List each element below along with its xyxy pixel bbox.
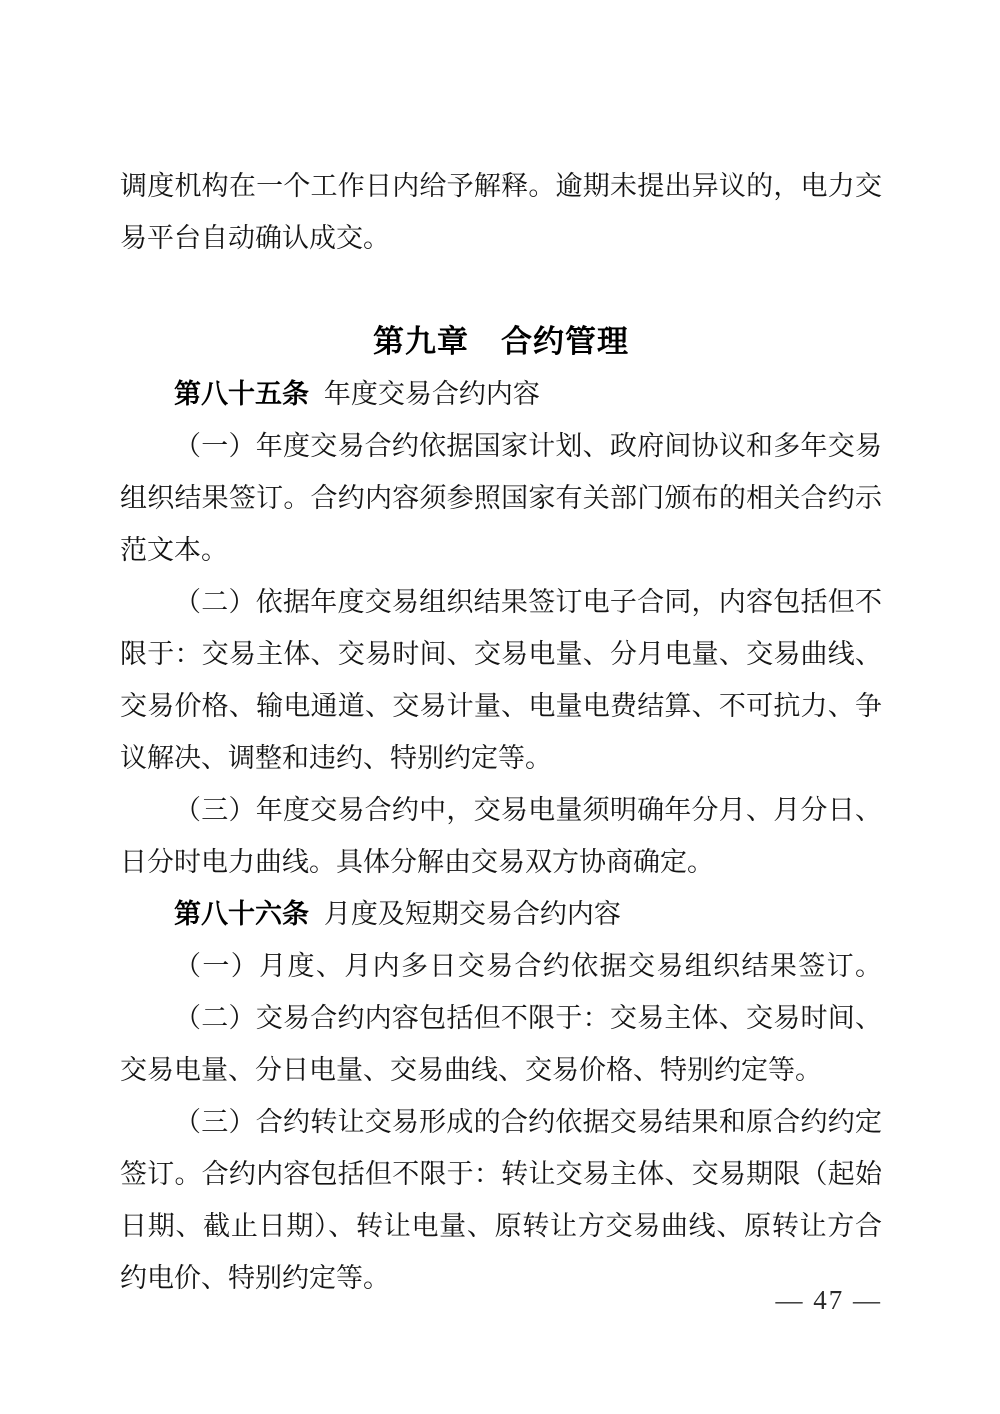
chapter-heading: 第九章 合约管理 — [120, 316, 882, 368]
text-line: 约电价、特别约定等。 — [120, 1252, 882, 1304]
article-title: 月度及短期交易合约内容 — [324, 899, 621, 929]
text-line: （二）交易合约内容包括但不限于：交易主体、交易时间、 — [120, 992, 882, 1044]
text-line: 交易价格、输电通道、交易计量、电量电费结算、不可抗力、争 — [120, 680, 882, 732]
text-line: 日分时电力曲线。具体分解由交易双方协商确定。 — [120, 836, 882, 888]
article-title: 年度交易合约内容 — [324, 379, 540, 409]
text-line: 签订。合约内容包括但不限于：转让交易主体、交易期限（起始 — [120, 1148, 882, 1200]
text-line: （三）合约转让交易形成的合约依据交易结果和原合约约定 — [120, 1096, 882, 1148]
text-line: 组织结果签订。合约内容须参照国家有关部门颁布的相关合约示 — [120, 472, 882, 524]
text-line: （三）年度交易合约中，交易电量须明确年分月、月分日、 — [120, 784, 882, 836]
article-number: 第八十五条 — [174, 379, 309, 409]
text-line: （一）月度、月内多日交易合约依据交易组织结果签订。 — [120, 940, 882, 992]
article-heading: 第八十六条月度及短期交易合约内容 — [120, 888, 882, 940]
text-line: 日期、截止日期）、转让电量、原转让方交易曲线、原转让方合 — [120, 1200, 882, 1252]
article-number: 第八十六条 — [174, 899, 309, 929]
text-line: 议解决、调整和违约、特别约定等。 — [120, 732, 882, 784]
text-line: （一）年度交易合约依据国家计划、政府间协议和多年交易 — [120, 420, 882, 472]
page-number: — 47 — — [776, 1283, 883, 1317]
text-line: 范文本。 — [120, 524, 882, 576]
document-page: 调度机构在一个工作日内给予解释。逾期未提出异议的，电力交 易平台自动确认成交。 … — [0, 0, 1000, 1414]
text-line: 易平台自动确认成交。 — [120, 212, 882, 264]
text-line: 限于：交易主体、交易时间、交易电量、分月电量、交易曲线、 — [120, 628, 882, 680]
document-body: 调度机构在一个工作日内给予解释。逾期未提出异议的，电力交 易平台自动确认成交。 … — [120, 160, 882, 1304]
text-line: （二）依据年度交易组织结果签订电子合同，内容包括但不 — [120, 576, 882, 628]
article-heading: 第八十五条年度交易合约内容 — [120, 368, 882, 420]
text-line: 调度机构在一个工作日内给予解释。逾期未提出异议的，电力交 — [120, 160, 882, 212]
text-line: 交易电量、分日电量、交易曲线、交易价格、特别约定等。 — [120, 1044, 882, 1096]
